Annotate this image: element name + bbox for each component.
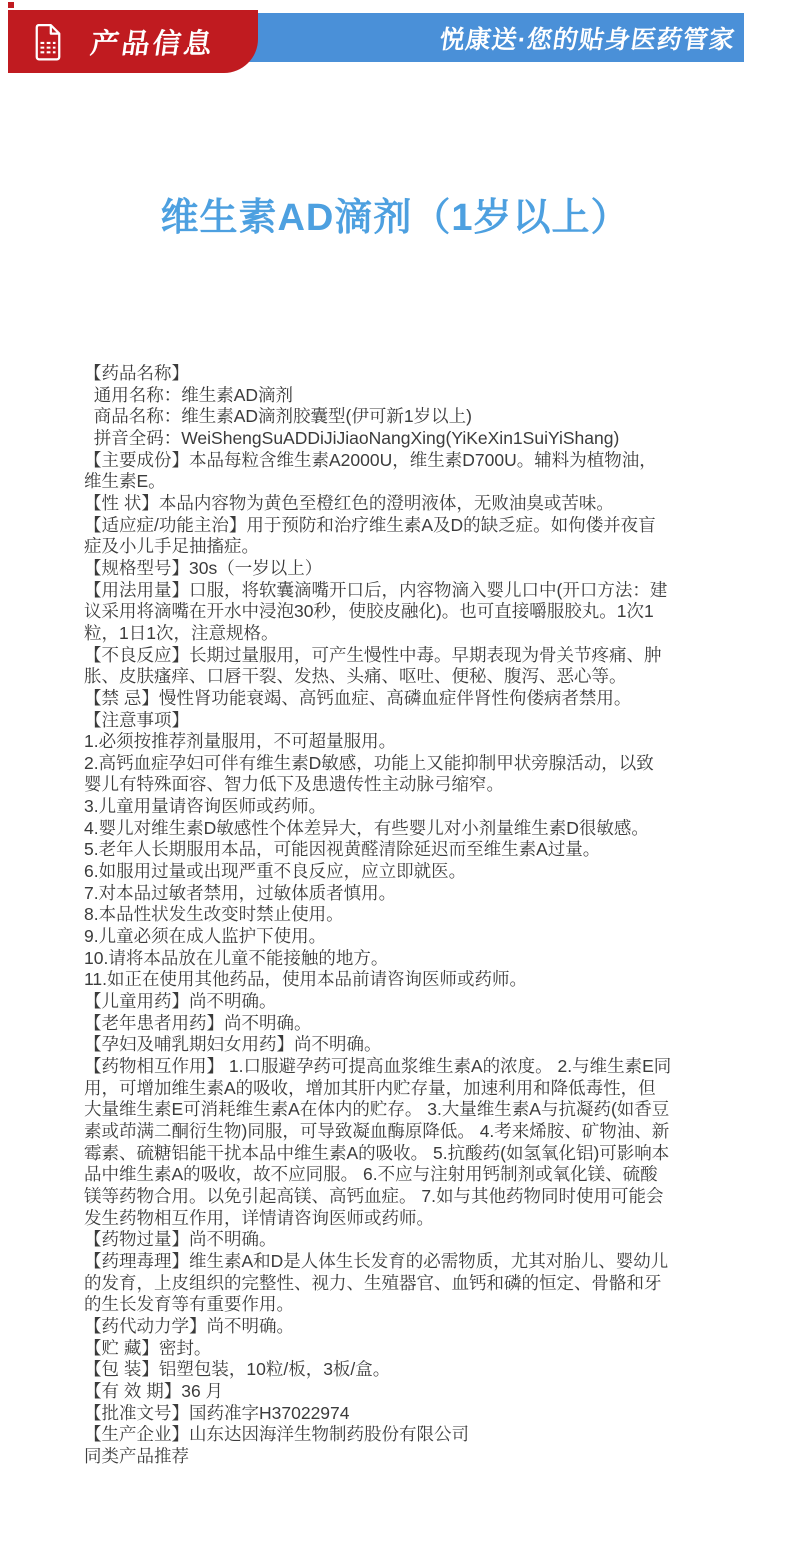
info-line: 【不良反应】长期过量服用，可产生慢性中毒。早期表现为骨关节疼痛、肿 <box>84 645 734 667</box>
document-icon <box>33 23 63 61</box>
info-line: 【注意事项】 <box>84 710 734 732</box>
info-line: 品中维生素A的吸收，故不应同服。 6.不应与注射用钙制剂或氧化镁、硫酸 <box>84 1164 734 1186</box>
info-line: 【有 效 期】36 月 <box>84 1381 734 1403</box>
info-line: 的发育，上皮组织的完整性、视力、生殖器官、血钙和磷的恒定、骨骼和牙 <box>84 1273 734 1295</box>
info-line: 6.如服用过量或出现严重不良反应，应立即就医。 <box>84 861 734 883</box>
info-line: 拼音全码：WeiShengSuADDiJiJiaoNangXing(YiKeXi… <box>84 428 734 450</box>
info-line: 3.儿童用量请咨询医师或药师。 <box>84 796 734 818</box>
product-title: 维生素AD滴剂（1岁以上） <box>0 186 790 241</box>
info-line: 【适应症/功能主治】用于预防和治疗维生素A及D的缺乏症。如佝偻并夜盲 <box>84 515 734 537</box>
info-line: 【药物相互作用】 1.口服避孕药可提高血浆维生素A的浓度。 2.与维生素E同 <box>84 1056 734 1078</box>
info-line: 【药品名称】 <box>84 363 734 385</box>
info-line: 镁等药物合用。以免引起高镁、高钙血症。 7.如与其他药物同时使用可能会 <box>84 1186 734 1208</box>
product-info-page: 悦康送·您的贴身医药管家 产品信息 维生素AD滴剂（1岁以上） 【药品名称】 通… <box>0 0 790 1546</box>
info-line: 【用法用量】口服，将软囊滴嘴开口后，内容物滴入婴儿口中(开口方法：建 <box>84 580 734 602</box>
info-line: 症及小儿手足抽搐症。 <box>84 536 734 558</box>
info-line: 【包 装】铝塑包装，10粒/板，3板/盒。 <box>84 1359 734 1381</box>
info-line: 同类产品推荐 <box>84 1446 734 1468</box>
info-line: 粒，1日1次，注意规格。 <box>84 623 734 645</box>
info-line: 议采用将滴嘴在开水中浸泡30秒，使胶皮融化)。也可直接嚼服胶丸。1次1 <box>84 601 734 623</box>
info-line: 【孕妇及哺乳期妇女用药】尚不明确。 <box>84 1034 734 1056</box>
info-line: 【药物过量】尚不明确。 <box>84 1229 734 1251</box>
info-line: 霉素、硫糖铝能干扰本品中维生素A的吸收。 5.抗酸药(如氢氧化铝)可影响本 <box>84 1143 734 1165</box>
info-line: 的生长发育等有重要作用。 <box>84 1294 734 1316</box>
info-line: 【主要成份】本品每粒含维生素A2000U，维生素D700U。辅料为植物油， <box>84 450 734 472</box>
store-tagline: 悦康送·您的贴身医药管家 <box>437 20 737 56</box>
info-line: 用，可增加维生素A的吸收，增加其肝内贮存量，加速利用和降低毒性，但 <box>84 1078 734 1100</box>
product-info-badge: 产品信息 <box>88 22 218 62</box>
info-line: 发生药物相互作用，详情请咨询医师或药师。 <box>84 1208 734 1230</box>
info-line: 8.本品性状发生改变时禁止使用。 <box>84 904 734 926</box>
info-line: 2.高钙血症孕妇可伴有维生素D敏感，功能上又能抑制甲状旁腺活动，以致 <box>84 753 734 775</box>
info-line: 【药代动力学】尚不明确。 <box>84 1316 734 1338</box>
info-line: 维生素E。 <box>84 471 734 493</box>
info-line: 婴儿有特殊面容、智力低下及患遗传性主动脉弓缩窄。 <box>84 774 734 796</box>
info-line: 【性 状】本品内容物为黄色至橙红色的澄明液体，无败油臭或苦味。 <box>84 493 734 515</box>
info-line: 【贮 藏】密封。 <box>84 1338 734 1360</box>
info-line: 商品名称：维生素AD滴剂胶囊型(伊可新1岁以上) <box>84 406 734 428</box>
info-line: 10.请将本品放在儿童不能接触的地方。 <box>84 948 734 970</box>
info-line: 1.必须按推荐剂量服用，不可超量服用。 <box>84 731 734 753</box>
info-line: 通用名称：维生素AD滴剂 <box>84 385 734 407</box>
info-line: 【禁 忌】慢性肾功能衰竭、高钙血症、高磷血症伴肾性佝偻病者禁用。 <box>84 688 734 710</box>
info-line: 【老年患者用药】尚不明确。 <box>84 1013 734 1035</box>
info-line: 素或茚满二酮衍生物)同服，可导致凝血酶原降低。 4.考来烯胺、矿物油、新 <box>84 1121 734 1143</box>
info-line: 4.婴儿对维生素D敏感性个体差异大，有些婴儿对小剂量维生素D很敏感。 <box>84 818 734 840</box>
info-line: 11.如正在使用其他药品，使用本品前请咨询医师或药师。 <box>84 969 734 991</box>
corner-accent-square <box>8 2 14 8</box>
info-line: 9.儿童必须在成人监护下使用。 <box>84 926 734 948</box>
info-line: 【批准文号】国药准字H37022974 <box>84 1403 734 1425</box>
info-line: 大量维生素E可消耗维生素A在体内的贮存。 3.大量维生素A与抗凝药(如香豆 <box>84 1099 734 1121</box>
drug-info-text: 【药品名称】 通用名称：维生素AD滴剂 商品名称：维生素AD滴剂胶囊型(伊可新1… <box>84 363 734 1467</box>
info-line: 【药理毒理】维生素A和D是人体生长发育的必需物质，尤其对胎儿、婴幼儿 <box>84 1251 734 1273</box>
info-line: 5.老年人长期服用本品，可能因视黄醛清除延迟而至维生素A过量。 <box>84 839 734 861</box>
info-line: 【规格型号】30s（一岁以上） <box>84 558 734 580</box>
info-line: 【生产企业】山东达因海洋生物制药股份有限公司 <box>84 1424 734 1446</box>
info-line: 【儿童用药】尚不明确。 <box>84 991 734 1013</box>
info-line: 7.对本品过敏者禁用，过敏体质者慎用。 <box>84 883 734 905</box>
info-line: 胀、皮肤瘙痒、口唇干裂、发热、头痛、呕吐、便秘、腹泻、恶心等。 <box>84 666 734 688</box>
header-blue-banner: 悦康送·您的贴身医药管家 <box>180 13 744 62</box>
header-red-ribbon: 产品信息 <box>8 10 258 73</box>
